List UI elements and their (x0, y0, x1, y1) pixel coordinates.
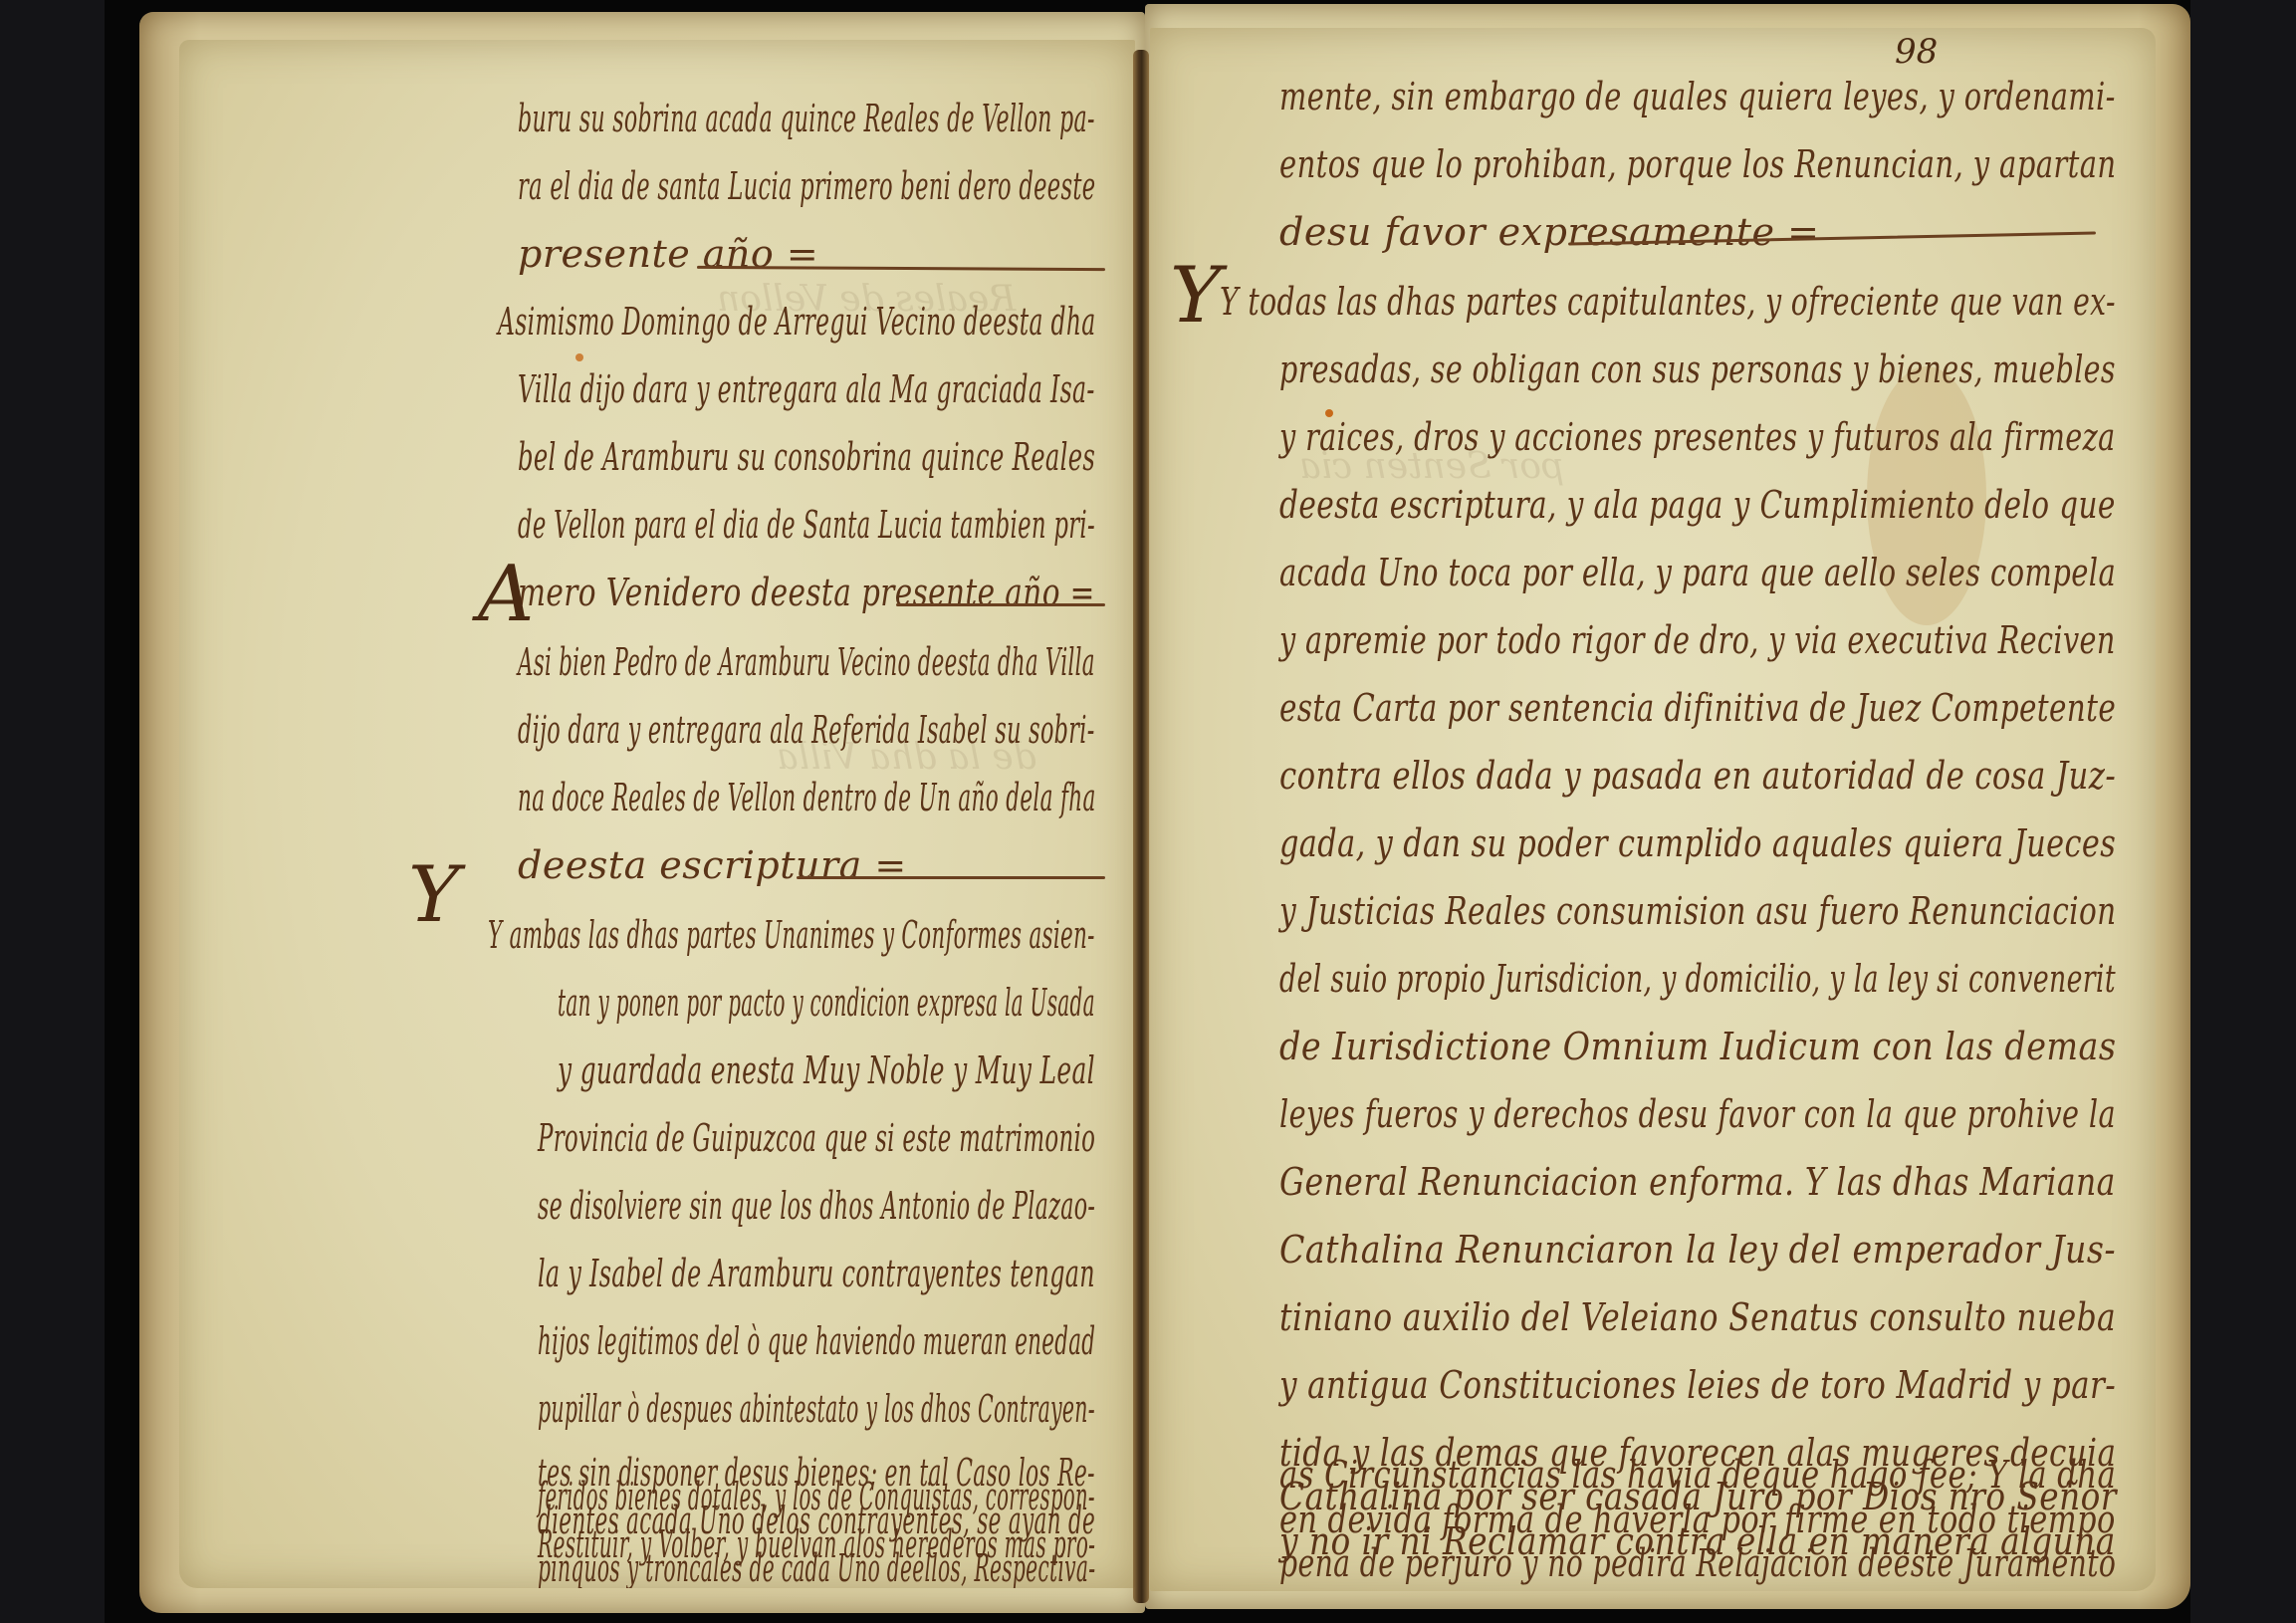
ink-spot (575, 353, 583, 361)
line-filler-rule (896, 603, 1105, 606)
left-line-16: Provincia de Guipuzcoa que si este matri… (538, 1119, 1095, 1157)
right-line-11: contra ellos dada y pasada en autoridad … (1279, 757, 2116, 795)
left-line-15: y guardada enesta Muy Noble y Muy Leal (558, 1051, 1095, 1089)
right-line-9: y apremie por todo rigor de dro, y via e… (1279, 621, 2116, 659)
left-line-25: pinquos y troncales de cada Uno deellos,… (538, 1549, 1095, 1587)
left-line-19: hijos legitimos del ò que haviendo muera… (538, 1322, 1095, 1360)
right-line-15: de Iurisdictione Omnium Iudicum con las … (1279, 1028, 2116, 1065)
right-line-2: entos que lo prohiban, porque los Renunc… (1279, 145, 2116, 183)
right-line-4: Y todas las dhas partes capitulantes, y … (1220, 283, 2116, 321)
left-line-13: Y ambas las dhas partes Unanimes y Confo… (488, 916, 1095, 954)
right-line-5: presadas, se obligan con sus personas y … (1279, 350, 2116, 388)
left-line-4: Asimismo Domingo de Arregui Vecino deest… (498, 303, 1096, 341)
left-line-6: bel de Aramburu su consobrina quince Rea… (518, 438, 1095, 476)
left-line-1: buru su sobrina acada quince Reales de V… (518, 100, 1095, 137)
margin-initial-y: Y (408, 856, 460, 934)
right-line-17: General Renunciacion enforma. Y las dhas… (1279, 1163, 2116, 1201)
scan-background: Reales de Vellon de la dha Villa buru su… (105, 0, 2190, 1623)
right-line-16: leyes fueros y derechos desu favor con l… (1279, 1095, 2116, 1133)
left-page: Reales de Vellon de la dha Villa buru su… (179, 40, 1135, 1588)
left-line-2: ra el dia de santa Lucia primero beni de… (518, 167, 1095, 205)
left-line-10: dijo dara y entregara ala Referida Isabe… (518, 711, 1095, 749)
right-line-1: mente, sin embargo de quales quiera leye… (1279, 78, 2116, 116)
margin-initial-y: Y (1170, 257, 1222, 335)
left-line-17: se disolviere sin que los dhos Antonio d… (538, 1187, 1095, 1225)
left-line-14: tan y ponen por pacto y condicion expres… (558, 984, 1095, 1022)
book-spine-gutter (1133, 50, 1149, 1603)
left-line-18: la y Isabel de Aramburu contrayentes ten… (538, 1255, 1095, 1292)
right-line-10: esta Carta por sentencia difinitiva de J… (1279, 689, 2116, 727)
left-line-5: Villa dijo dara y entregara ala Ma graci… (518, 370, 1095, 408)
left-line-11: na doce Reales de Vellon dentro de Un añ… (518, 779, 1096, 816)
right-page: por Senten cia 98 mente, sin embargo de … (1150, 28, 2156, 1591)
right-line-7: deesta escriptura, y ala paga y Cumplimi… (1279, 486, 2116, 524)
left-line-7: de Vellon para el dia de Santa Lucia tam… (518, 506, 1095, 544)
right-line-3: desu favor expresamente = (1279, 213, 1819, 251)
right-line-13: y Justicias Reales consumision asu fuero… (1279, 892, 2117, 930)
right-line-8: acada Uno toca por ella, y para que aell… (1279, 554, 2116, 591)
right-line-12: gada, y dan su poder cumplido aquales qu… (1279, 824, 2116, 862)
margin-initial-a: A (478, 556, 534, 633)
right-line-18: Cathalina Renunciaron la ley del emperad… (1279, 1231, 2116, 1269)
line-filler-rule (797, 876, 1105, 879)
left-line-9: Asi bien Pedro de Aramburu Vecino deesta… (518, 643, 1095, 681)
right-line-20: y antigua Constituciones leies de toro M… (1279, 1366, 2116, 1404)
right-line-14: del suio propio Jurisdicion, y domicilio… (1279, 960, 2116, 998)
right-line-6: y raices, dros y acciones presentes y fu… (1279, 418, 2116, 456)
folio-number: 98 (1895, 32, 1938, 72)
right-line-26: pena de perjuro y no pedira Relajacion d… (1279, 1544, 2116, 1582)
left-line-20: pupillar ò despues abintestato y los dho… (538, 1390, 1095, 1428)
right-line-19: tiniano auxilio del Veleiano Senatus con… (1279, 1298, 2116, 1336)
